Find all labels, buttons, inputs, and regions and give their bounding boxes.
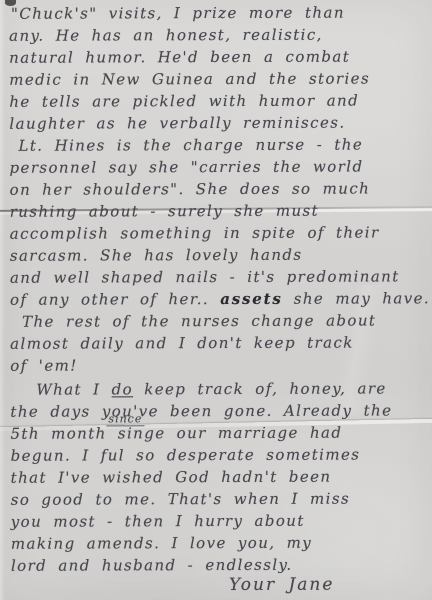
letter-body: "Chuck's" visits, I prize more than any.… bbox=[9, 1, 432, 596]
letter-line: since5th month singe our marriage had bbox=[10, 421, 432, 444]
letter-line: of 'em! bbox=[10, 353, 432, 376]
letter-line: laughter as he verbally reminisces. bbox=[9, 111, 431, 134]
letter-line: The rest of the nurses change about bbox=[22, 309, 432, 332]
letter-line-text: she may have. bbox=[283, 289, 431, 308]
underlined-word: do bbox=[112, 380, 134, 398]
letter-line-text: What I bbox=[36, 380, 111, 398]
letter-line: begun. I ful so desperate sometimes bbox=[11, 443, 432, 466]
letter-line: of any other of her.. assets she may hav… bbox=[10, 287, 432, 310]
letter-line: you most - then I hurry about bbox=[11, 509, 432, 532]
letter-line: the days you've been gone. Already the bbox=[10, 399, 432, 422]
letter-page: "Chuck's" visits, I prize more than any.… bbox=[0, 0, 432, 600]
letter-line: natural humor. He'd been a combat bbox=[9, 45, 431, 68]
letter-line: making amends. I love you, my bbox=[11, 531, 432, 554]
corrected-word: singe bbox=[118, 424, 166, 442]
letter-line: almost daily and I don't keep track bbox=[10, 331, 432, 354]
letter-line: Lt. Hines is the charge nurse - the bbox=[18, 133, 431, 156]
letter-line: he tells are pickled with humor and bbox=[9, 89, 431, 112]
emphasized-word: assets bbox=[220, 290, 282, 308]
letter-line: that I've wished God hadn't been bbox=[11, 465, 432, 488]
letter-line: "Chuck's" visits, I prize more than bbox=[11, 1, 431, 24]
letter-line: on her shoulders". She does so much bbox=[10, 177, 432, 200]
letter-line: sarcasm. She has lovely hands bbox=[10, 243, 432, 266]
letter-line: rushing about - surely she must bbox=[10, 199, 432, 222]
letter-line: accomplish something in spite of their bbox=[10, 221, 432, 244]
letter-line-text: our marriage had bbox=[165, 424, 342, 443]
letter-line: What I do keep track of, honey, are bbox=[36, 377, 432, 400]
letter-line-text: 5th month bbox=[10, 424, 117, 442]
letter-line: any. He has an honest, realistic, bbox=[9, 23, 431, 46]
insertion-word: since bbox=[106, 413, 144, 426]
letter-line: medic in New Guinea and the stories bbox=[9, 67, 431, 90]
letter-line-text: keep track of, honey, are bbox=[133, 379, 387, 398]
letter-line: personnel say she "carries the world bbox=[10, 155, 432, 178]
letter-line-text: of any other of her.. bbox=[10, 290, 220, 309]
letter-line: and well shaped nails - it's predominant bbox=[10, 265, 432, 288]
letter-line: so good to me. That's when I miss bbox=[11, 487, 432, 510]
signature: Your Jane bbox=[229, 573, 432, 596]
paper-edge-highlight bbox=[0, 0, 5, 600]
